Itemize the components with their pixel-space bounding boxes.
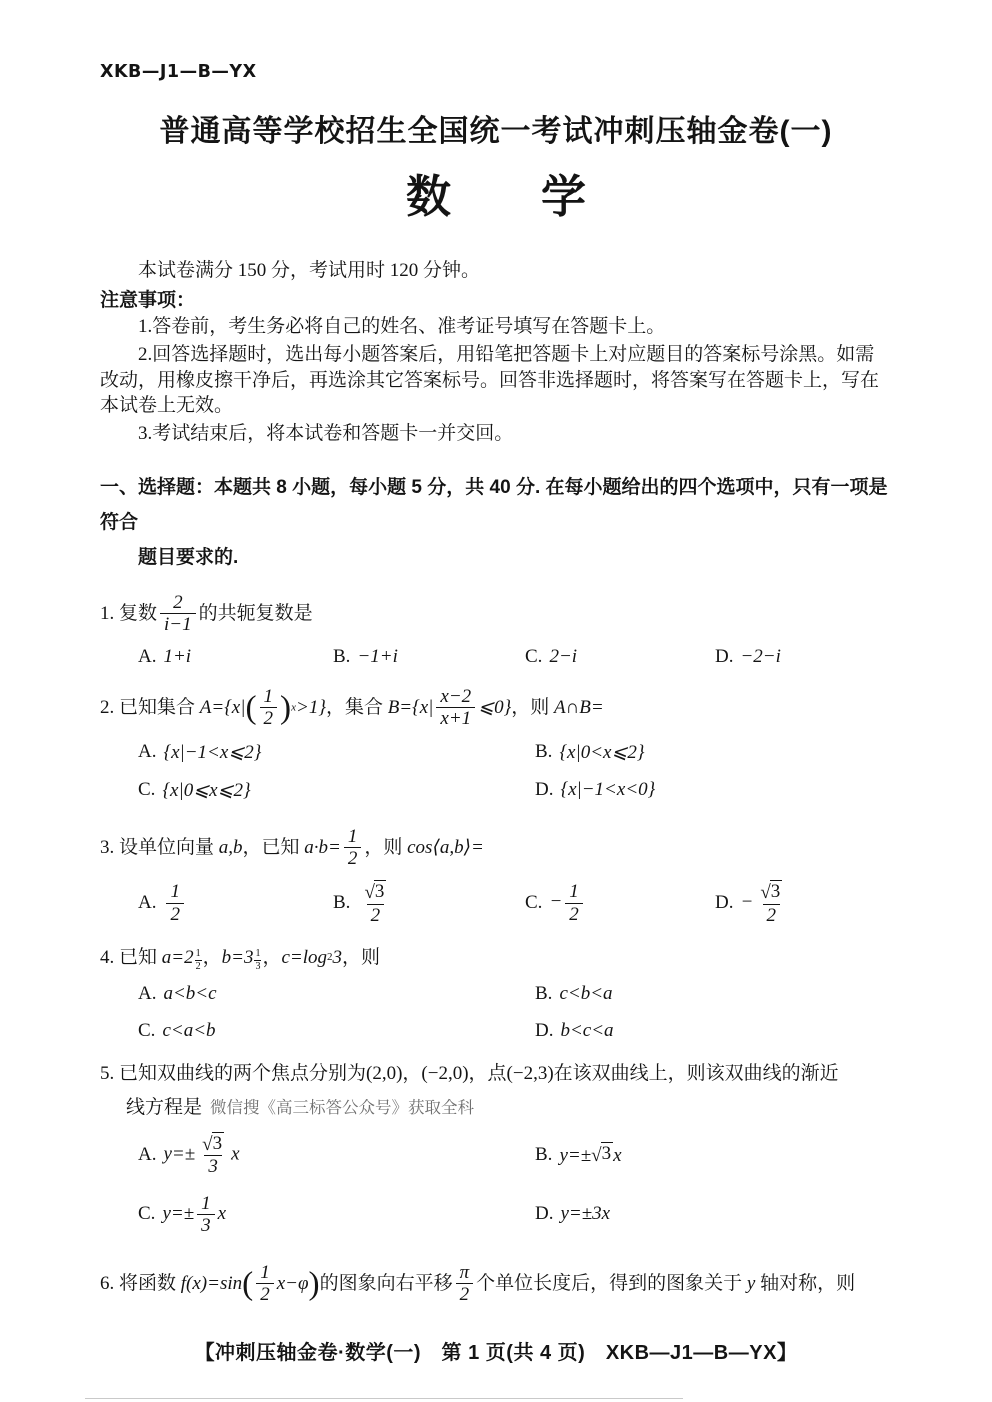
fraction-numerator: π bbox=[456, 1262, 474, 1283]
text-run: 个单位长度后，得到的图象关于 bbox=[476, 1273, 747, 1294]
sqrt-expression: √3 bbox=[591, 1142, 613, 1165]
fraction: 12 bbox=[344, 826, 362, 870]
math-run: A= bbox=[200, 697, 224, 718]
option-body: y=±3x bbox=[560, 1203, 610, 1225]
math-run: 3 bbox=[244, 947, 254, 968]
text-run: ，则 bbox=[342, 947, 380, 968]
math-run: {x| bbox=[224, 697, 245, 718]
question-2-options: A.{x|−1<x⩽2}B.{x|0<x⩽2}C.{x|0⩽x⩽2}D.{x|−… bbox=[138, 741, 892, 802]
option-body: √32 bbox=[357, 880, 393, 926]
fraction-denominator: 2 bbox=[256, 1283, 274, 1305]
math-run: a<b<c bbox=[163, 983, 216, 1004]
fraction-numerator: 1 bbox=[255, 948, 260, 959]
option-label: A. bbox=[138, 983, 156, 1005]
math-run: a= bbox=[162, 947, 184, 968]
sqrt-expression: √3 bbox=[202, 1132, 224, 1154]
option-label: C. bbox=[525, 646, 542, 668]
fraction-denominator: 2 bbox=[565, 903, 583, 925]
radicand: 3 bbox=[770, 880, 783, 902]
math-run: B= bbox=[388, 697, 412, 718]
sqrt-expression: √3 bbox=[760, 880, 782, 902]
option-body: b<c<a bbox=[560, 1020, 613, 1042]
fraction-denominator: 3 bbox=[204, 1155, 222, 1177]
section-heading-line1: 一、选择题：本题共 8 小题，每小题 5 分，共 40 分. 在每小题给出的四个… bbox=[100, 470, 892, 540]
question-3-stem: 3. 设单位向量 a,b，已知 a·b=12，则 cos⟨a,b⟩= bbox=[100, 826, 892, 870]
math-run: {x|−1<x⩽2} bbox=[163, 742, 261, 763]
math-run: x bbox=[613, 1145, 621, 1166]
question-5-options: A.y=±√33xB.y=±√3xC.y=±13xD.y=±3x bbox=[138, 1132, 892, 1236]
fraction-numerator: 1 bbox=[196, 948, 201, 959]
fraction: 12 bbox=[166, 881, 184, 925]
fraction-numerator: 1 bbox=[197, 1193, 215, 1214]
question-5-stem-line1: 5. 已知双曲线的两个焦点分别为(2,0)，(−2,0)，点(−2,3)在该双曲… bbox=[100, 1060, 892, 1086]
text-run: ，则 bbox=[364, 837, 407, 858]
question-2: 2. 已知集合 A={x|(12)x>1}，集合 B={x|x−2x+1⩽0}，… bbox=[100, 686, 892, 802]
question-4-stem: 4. 已知 a=212，b=313，c=log23，则 bbox=[100, 944, 892, 972]
math-run: x bbox=[231, 1143, 239, 1164]
question-5-stem-text: 线方程是 bbox=[126, 1097, 202, 1118]
question-4-options: A.a<b<cB.c<b<aC.c<a<bD.b<c<a bbox=[138, 983, 892, 1042]
option-label: B. bbox=[535, 983, 552, 1005]
math-run: A∩B= bbox=[554, 697, 604, 718]
question-3-options: A.12B.√32C.−12D.−√32 bbox=[138, 880, 892, 926]
math-run: a,b bbox=[219, 837, 243, 858]
option-d: D.y=±3x bbox=[535, 1203, 892, 1225]
option-label: C. bbox=[138, 1020, 155, 1042]
fraction-numerator: 1 bbox=[344, 826, 362, 847]
math-run: a·b= bbox=[304, 837, 341, 858]
math-run: b= bbox=[222, 947, 244, 968]
math-run: y=± bbox=[163, 1143, 195, 1164]
option-body: −12 bbox=[549, 881, 585, 925]
math-run: 2−i bbox=[549, 646, 577, 667]
big-paren: ( bbox=[242, 1265, 253, 1302]
math-run: {x|0<x⩽2} bbox=[559, 742, 644, 763]
option-body: −2−i bbox=[740, 646, 780, 668]
option-b: B.√32 bbox=[333, 880, 525, 926]
text-run: 2. 已知集合 bbox=[100, 697, 200, 718]
fraction-numerator: 2 bbox=[169, 592, 187, 613]
notice-heading: 注意事项： bbox=[100, 285, 892, 312]
fraction-numerator: 1 bbox=[260, 686, 278, 707]
question-4: 4. 已知 a=212，b=313，c=log23，则 A.a<b<cB.c<b… bbox=[100, 944, 892, 1042]
option-b: B.−1+i bbox=[333, 646, 525, 668]
watermark-text: 微信搜《高三标答公众号》获取全科 bbox=[210, 1099, 474, 1117]
fraction-numerator: √3 bbox=[198, 1132, 228, 1156]
option-label: D. bbox=[715, 892, 733, 914]
question-2-stem: 2. 已知集合 A={x|(12)x>1}，集合 B={x|x−2x+1⩽0}，… bbox=[100, 686, 892, 730]
option-body: {x|−1<x⩽2} bbox=[163, 741, 261, 764]
option-body: −√32 bbox=[740, 880, 789, 926]
fraction-denominator: 2 bbox=[456, 1283, 474, 1305]
option-d: D.−2−i bbox=[715, 646, 892, 668]
math-run: c= bbox=[281, 947, 302, 968]
section-heading: 一、选择题：本题共 8 小题，每小题 5 分，共 40 分. 在每小题给出的四个… bbox=[100, 470, 892, 575]
math-run: b<c<a bbox=[560, 1020, 613, 1041]
big-paren: ) bbox=[280, 689, 291, 726]
option-body: {x|0<x⩽2} bbox=[559, 741, 644, 764]
question-3: 3. 设单位向量 a,b，已知 a·b=12，则 cos⟨a,b⟩= A.12B… bbox=[100, 826, 892, 926]
text-run: 的共轭复数是 bbox=[199, 603, 313, 624]
math-run: y=± bbox=[162, 1203, 194, 1224]
math-run: {x|−1<x<0} bbox=[560, 779, 655, 800]
math-run: x bbox=[218, 1203, 226, 1224]
fraction-numerator: 1 bbox=[166, 881, 184, 902]
radicand: 3 bbox=[212, 1132, 225, 1154]
notice-item-3: 3.考试结束后，将本试卷和答题卡一并交回。 bbox=[100, 421, 892, 447]
option-body: 2−i bbox=[549, 646, 577, 668]
exam-title: 普通高等学校招生全国统一考试冲刺压轴金卷(一) bbox=[100, 106, 892, 150]
question-6-stem: 6. 将函数 f(x)=sin(12x−φ)的图象向右平移π2个单位长度后，得到… bbox=[100, 1262, 892, 1306]
fraction-numerator: √3 bbox=[756, 880, 786, 904]
fraction-denominator: 3 bbox=[254, 960, 261, 972]
question-1-options: A.1+iB.−1+iC.2−iD.−2−i bbox=[138, 646, 892, 668]
radicand: 3 bbox=[601, 1142, 614, 1165]
option-d: D.{x|−1<x<0} bbox=[535, 779, 892, 801]
fraction-denominator: i−1 bbox=[160, 613, 196, 635]
fraction-numerator: 1 bbox=[256, 1262, 274, 1283]
math-run: 2 bbox=[184, 947, 194, 968]
option-label: D. bbox=[715, 646, 733, 668]
math-run: log bbox=[303, 947, 327, 968]
text-run: 6. 将函数 bbox=[100, 1273, 181, 1294]
fraction: 12 bbox=[260, 686, 278, 730]
fraction-denominator: x+1 bbox=[436, 707, 475, 729]
math-run: − bbox=[549, 891, 562, 912]
fraction-numerator: √3 bbox=[360, 880, 390, 904]
option-body: {x|−1<x<0} bbox=[560, 779, 655, 801]
option-d: D.b<c<a bbox=[535, 1020, 892, 1042]
question-5: 5. 已知双曲线的两个焦点分别为(2,0)，(−2,0)，点(−2,3)在该双曲… bbox=[100, 1060, 892, 1236]
page-footer: 【冲刺压轴金卷·数学(一) 第 1 页(共 4 页) XKB—J1—B—YX】 bbox=[100, 1336, 892, 1365]
math-run: cos⟨a,b⟩= bbox=[407, 837, 484, 858]
fraction-denominator: 2 bbox=[166, 903, 184, 925]
fraction: 2i−1 bbox=[160, 592, 196, 636]
fraction-numerator: 1 bbox=[565, 881, 583, 902]
question-1-stem: 1. 复数2i−1的共轭复数是 bbox=[100, 592, 892, 636]
fraction: π2 bbox=[456, 1262, 474, 1306]
fraction-denominator: 2 bbox=[367, 904, 385, 926]
fraction: 12 bbox=[195, 948, 202, 971]
big-paren: ( bbox=[245, 689, 256, 726]
question-5-stem-line2: 线方程是微信搜《高三标答公众号》获取全科 bbox=[100, 1094, 892, 1120]
math-run: c<b<a bbox=[559, 983, 612, 1004]
radicand: 3 bbox=[374, 880, 387, 902]
math-run: ⩽0} bbox=[478, 697, 511, 718]
exam-duration-note: 本试卷满分 150 分，考试用时 120 分钟。 bbox=[100, 255, 892, 282]
option-a: A.y=±√33x bbox=[138, 1132, 535, 1178]
fraction-denominator: 3 bbox=[197, 1214, 215, 1236]
option-body: y=±13x bbox=[162, 1193, 226, 1237]
option-c: C.−12 bbox=[525, 881, 715, 925]
option-label: D. bbox=[535, 1020, 553, 1042]
option-b: B.c<b<a bbox=[535, 983, 892, 1005]
math-run: f(x)=sin bbox=[181, 1273, 242, 1294]
math-run: −2−i bbox=[740, 646, 780, 667]
option-label: A. bbox=[138, 892, 156, 914]
text-run: 5. 已知双曲线的两个焦点分别为(2,0)，(−2,0)，点(−2,3)在该双曲… bbox=[100, 1063, 839, 1084]
section-heading-line2: 题目要求的. bbox=[100, 540, 892, 575]
option-label: B. bbox=[535, 741, 552, 763]
option-label: A. bbox=[138, 646, 156, 668]
paper-code: XKB—J1—B—YX bbox=[100, 62, 892, 82]
big-paren: ) bbox=[308, 1265, 319, 1302]
option-b: B.{x|0<x⩽2} bbox=[535, 741, 892, 764]
math-run: x−φ bbox=[277, 1273, 309, 1294]
text-run: 轴对称，则 bbox=[755, 1273, 855, 1294]
fraction: x−2x+1 bbox=[436, 686, 475, 730]
text-run: 3. 设单位向量 bbox=[100, 837, 219, 858]
math-run: {x|0⩽x⩽2} bbox=[162, 780, 250, 801]
exam-page: XKB—J1—B—YX 普通高等学校招生全国统一考试冲刺压轴金卷(一) 数 学 … bbox=[0, 0, 992, 1402]
text-run: 线方程是 bbox=[126, 1097, 202, 1118]
option-label: C. bbox=[138, 1203, 155, 1225]
fraction-denominator: 2 bbox=[344, 847, 362, 869]
subject-title: 数 学 bbox=[100, 160, 892, 225]
option-c: C.2−i bbox=[525, 646, 715, 668]
text-run: ， bbox=[262, 947, 281, 968]
fraction-denominator: 2 bbox=[195, 960, 202, 972]
option-a: A.{x|−1<x⩽2} bbox=[138, 741, 535, 764]
fraction-denominator: 2 bbox=[260, 707, 278, 729]
option-body: c<b<a bbox=[559, 983, 612, 1005]
text-run: 4. 已知 bbox=[100, 947, 162, 968]
fraction: √33 bbox=[198, 1132, 228, 1178]
fraction-denominator: 2 bbox=[763, 904, 781, 926]
text-run: 的图象向右平移 bbox=[320, 1273, 453, 1294]
option-d: D.−√32 bbox=[715, 880, 892, 926]
option-label: B. bbox=[333, 646, 350, 668]
sqrt-expression: √3 bbox=[364, 880, 386, 902]
math-run: c<a<b bbox=[162, 1020, 215, 1041]
math-run: 1+i bbox=[163, 646, 191, 667]
question-6: 6. 将函数 f(x)=sin(12x−φ)的图象向右平移π2个单位长度后，得到… bbox=[100, 1262, 892, 1306]
notice-item-1: 1.答卷前，考生务必将自己的姓名、准考证号填写在答题卡上。 bbox=[100, 314, 892, 340]
option-label: C. bbox=[138, 779, 155, 801]
option-b: B.y=±√3x bbox=[535, 1142, 892, 1167]
option-label: D. bbox=[535, 1203, 553, 1225]
math-run: >1} bbox=[296, 697, 326, 718]
fraction: 13 bbox=[197, 1193, 215, 1237]
scan-edge-line bbox=[85, 1398, 683, 1399]
option-a: A.12 bbox=[138, 881, 333, 925]
option-c: C.c<a<b bbox=[138, 1020, 535, 1042]
fraction: √32 bbox=[756, 880, 786, 926]
text-run: ，集合 bbox=[326, 697, 388, 718]
math-run: 3 bbox=[333, 947, 343, 968]
option-label: A. bbox=[138, 741, 156, 763]
fraction: 13 bbox=[254, 948, 261, 971]
option-body: −1+i bbox=[357, 646, 397, 668]
option-body: y=±√3x bbox=[559, 1142, 621, 1167]
math-run: − bbox=[740, 891, 753, 912]
text-run: ，已知 bbox=[243, 837, 305, 858]
option-body: {x|0⩽x⩽2} bbox=[162, 779, 250, 802]
text-run: 1. 复数 bbox=[100, 603, 157, 624]
fraction: 12 bbox=[256, 1262, 274, 1306]
text-run: ，则 bbox=[511, 697, 554, 718]
math-run: y=± bbox=[559, 1145, 591, 1166]
option-c: C.y=±13x bbox=[138, 1193, 535, 1237]
option-c: C.{x|0⩽x⩽2} bbox=[138, 779, 535, 802]
math-run: y=±3x bbox=[560, 1203, 610, 1224]
option-a: A.1+i bbox=[138, 646, 333, 668]
fraction-numerator: x−2 bbox=[436, 686, 475, 707]
math-run: −1+i bbox=[357, 646, 397, 667]
option-label: B. bbox=[333, 892, 350, 914]
option-label: A. bbox=[138, 1144, 156, 1166]
option-body: 1+i bbox=[163, 646, 191, 668]
option-label: B. bbox=[535, 1144, 552, 1166]
option-label: C. bbox=[525, 892, 542, 914]
fraction: √32 bbox=[360, 880, 390, 926]
option-body: c<a<b bbox=[162, 1020, 215, 1042]
fraction: 12 bbox=[565, 881, 583, 925]
notice-item-2: 2.回答选择题时，选出每小题答案后，用铅笔把答题卡上对应题目的答案标号涂黑。如需… bbox=[100, 342, 892, 419]
math-run: {x| bbox=[412, 697, 433, 718]
option-a: A.a<b<c bbox=[138, 983, 535, 1005]
option-body: y=±√33x bbox=[163, 1132, 239, 1178]
option-body: 12 bbox=[163, 881, 187, 925]
text-run: ， bbox=[203, 947, 222, 968]
question-1: 1. 复数2i−1的共轭复数是 A.1+iB.−1+iC.2−iD.−2−i bbox=[100, 592, 892, 669]
option-body: a<b<c bbox=[163, 983, 216, 1005]
option-label: D. bbox=[535, 779, 553, 801]
